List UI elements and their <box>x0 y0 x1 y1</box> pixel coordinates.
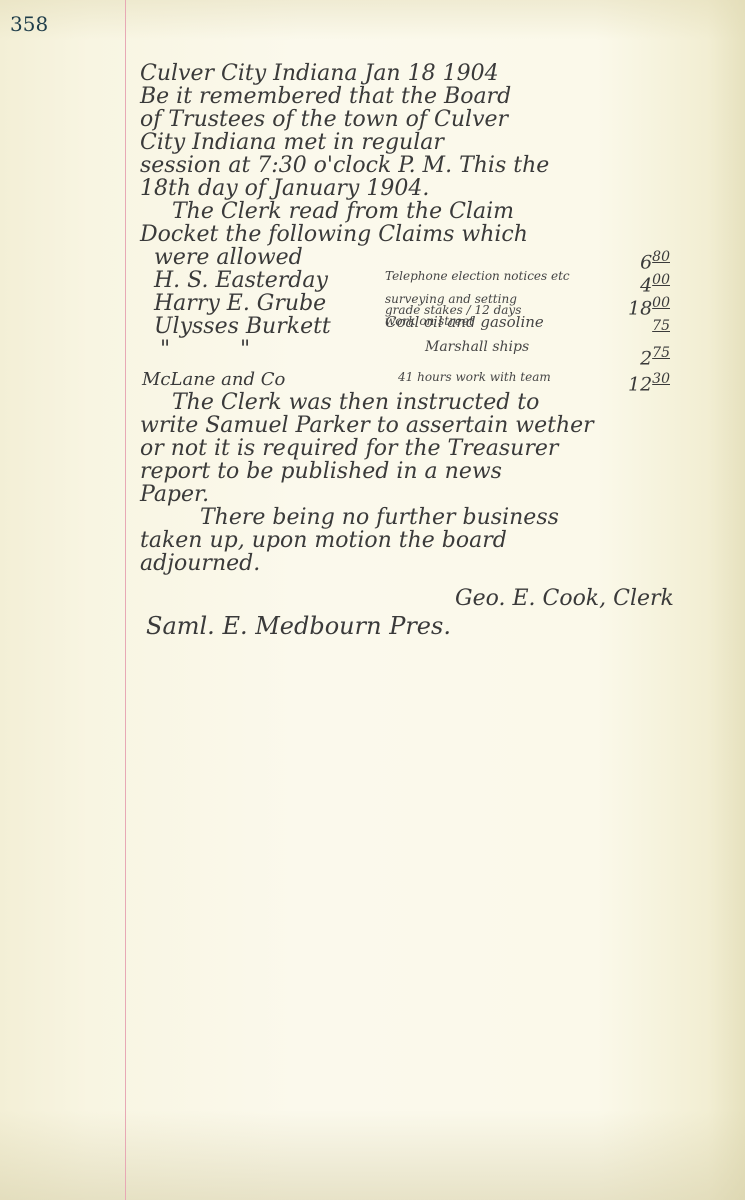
claim-payee: Ulysses Burkett <box>154 315 331 338</box>
page-number: 358 <box>10 12 48 36</box>
claim-purpose: Telephone election notices etc <box>385 271 570 282</box>
minutes-entry: Culver City Indiana Jan 18 1904 Be it re… <box>140 62 720 647</box>
claim-row: Ulysses Burkett Coal oil and gasoline 75 <box>140 315 720 338</box>
claim-cents: 80 <box>652 249 670 265</box>
page-top-shadow <box>0 0 745 40</box>
claims-list: were allowed 680 H. S. Easterday Telepho… <box>140 246 720 391</box>
claim-cents: 75 <box>652 318 670 334</box>
opening-line: City Indiana met in regular <box>140 131 720 154</box>
claim-payee: H. S. Easterday <box>154 269 328 292</box>
claim-purpose: Coal oil and gasoline <box>385 317 544 328</box>
opening-line: of Trustees of the town of Culver <box>140 108 720 131</box>
claim-amount: 275 <box>640 342 670 370</box>
claim-amount: 1230 <box>628 368 670 396</box>
claim-payee-ditto: " " <box>160 338 250 361</box>
instruction-line: Paper. <box>140 483 720 506</box>
minutes-heading: Culver City Indiana Jan 18 1904 <box>140 62 720 85</box>
claim-purpose: 41 hours work with team <box>398 372 551 383</box>
instruction-line: or not it is required for the Treasurer <box>140 437 720 460</box>
claim-dollars: 2 <box>640 347 652 369</box>
claim-cents: 00 <box>652 295 670 311</box>
claim-row: " " Marshall ships 275 <box>140 338 720 368</box>
opening-line: session at 7:30 o'clock P. M. This the <box>140 154 720 177</box>
claims-intro-line: The Clerk read from the Claim <box>140 200 720 223</box>
claim-row: were allowed 680 <box>140 246 720 269</box>
claim-dollars: 12 <box>628 373 652 395</box>
claim-cents: 75 <box>652 345 670 361</box>
claim-row: McLane and Co 41 hours work with team 12… <box>140 368 720 391</box>
claim-row: Harry E. Grube surveying and setting gra… <box>140 292 720 315</box>
signatures: Geo. E. Cook, Clerk Saml. E. Medbourn Pr… <box>140 587 720 647</box>
claim-cents: 30 <box>652 371 670 387</box>
closing-line: There being no further business <box>140 506 720 529</box>
instruction-line: write Samuel Parker to assertain wether <box>140 414 720 437</box>
instruction-line: report to be published in a news <box>140 460 720 483</box>
claim-purpose: Marshall ships <box>425 342 529 353</box>
clerk-signature: Geo. E. Cook, Clerk <box>455 587 674 610</box>
claims-intro-line: Docket the following Claims which <box>140 223 720 246</box>
closing-line: taken up, upon motion the board <box>140 529 720 552</box>
claim-cents: 00 <box>652 272 670 288</box>
opening-line: 18th day of January 1904. <box>140 177 720 200</box>
claim-payee: McLane and Co <box>142 368 285 391</box>
claim-row: H. S. Easterday Telephone election notic… <box>140 269 720 292</box>
ledger-margin-line <box>125 0 126 1200</box>
claim-payee: Harry E. Grube <box>154 292 326 315</box>
closing-line: adjourned. <box>140 552 720 575</box>
opening-line: Be it remembered that the Board <box>140 85 720 108</box>
claims-intro-line: were allowed <box>154 246 303 269</box>
president-signature: Saml. E. Medbourn Pres. <box>146 615 451 638</box>
page-bottom-shadow <box>0 1110 745 1200</box>
